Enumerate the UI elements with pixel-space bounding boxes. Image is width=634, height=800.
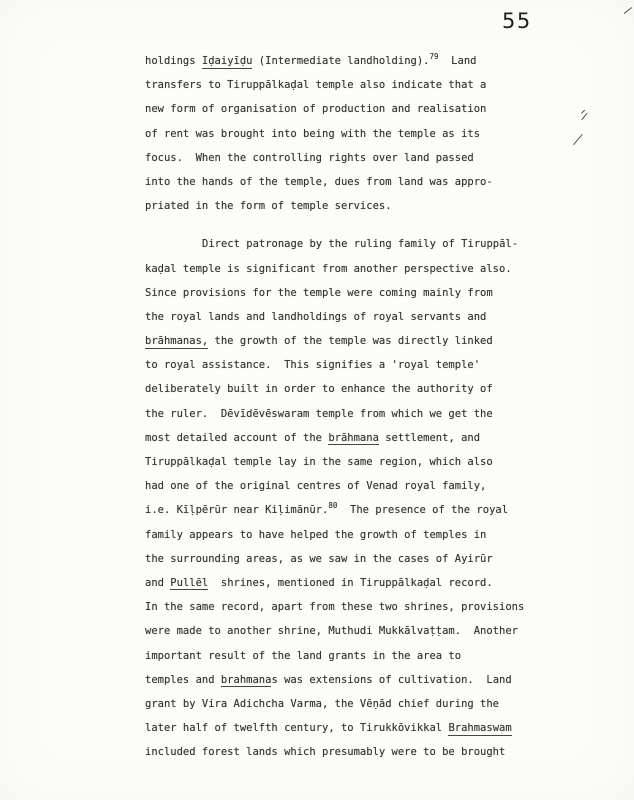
page-number: 55 (502, 9, 532, 33)
underlined-term: Iḍaiyīḍu (202, 55, 253, 69)
text-line: the ruler. Dēvīdēvēswaram temple from wh… (145, 402, 565, 426)
text-line: holdings Iḍaiyīḍu (Intermediate landhold… (145, 49, 565, 73)
text-segment: to royal assistance. This signifies a 'r… (145, 359, 480, 371)
text-line: deliberately built in order to enhance t… (145, 377, 565, 401)
text-line: temples and brahmanas was extensions of … (145, 668, 565, 692)
text-segment: of rent was brought into being with the … (145, 128, 480, 140)
text-segment: were made to another shrine, Muthudi Muk… (145, 625, 518, 637)
text-segment: the growth of the temple was directly li… (208, 335, 492, 347)
text-segment: deliberately built in order to enhance t… (145, 383, 493, 395)
text-segment: grant by Vira Adichcha Varma, the Vēṇād … (145, 698, 499, 710)
text-line: transfers to Tiruppālkaḍal temple also i… (145, 73, 565, 97)
text-line: focus. When the controlling rights over … (145, 146, 565, 170)
text-segment: Tiruppālkaḍal temple lay in the same reg… (145, 456, 493, 468)
text-segment: most detailed account of the (145, 432, 328, 444)
text-segment: priated in the form of temple services. (145, 200, 392, 212)
text-line: the surrounding areas, as we saw in the … (145, 547, 565, 571)
text-segment: transfers to Tiruppālkaḍal temple also i… (145, 79, 486, 91)
text-line: i.e. Kīḷpērūr near Kiḷimānūr.80 The pres… (145, 498, 565, 522)
text-line: priated in the form of temple services. (145, 194, 565, 218)
text-line: family appears to have helped the growth… (145, 523, 565, 547)
paragraph-1: holdings Iḍaiyīḍu (Intermediate landhold… (145, 49, 565, 218)
text-segment: Since provisions for the temple were com… (145, 287, 493, 299)
text-line: grant by Vira Adichcha Varma, the Vēṇād … (145, 692, 565, 716)
text-line: Direct patronage by the ruling family of… (145, 232, 565, 256)
text-segment: and (145, 577, 170, 589)
text-line: kaḍal temple is significant from another… (145, 257, 565, 281)
stray-ink-slash-lower (573, 134, 583, 146)
text-line: to royal assistance. This signifies a 'r… (145, 353, 565, 377)
text-segment: s was extensions of cultivation. Land (271, 674, 511, 686)
text-line: included forest lands which presumably w… (145, 740, 565, 764)
text-line: and Pullēl shrines, mentioned in Tiruppā… (145, 571, 565, 595)
text-line: important result of the land grants in t… (145, 644, 565, 668)
text-segment: shrines, mentioned in Tiruppālkaḍal reco… (208, 577, 492, 589)
text-segment: In the same record, apart from these two… (145, 601, 524, 613)
text-segment: (Intermediate landholding). (252, 55, 429, 67)
text-line: Tiruppālkaḍal temple lay in the same reg… (145, 450, 565, 474)
scanned-document-page: 55 holdings Iḍaiyīḍu (Intermediate landh… (0, 0, 634, 800)
text-segment: Direct patronage by the ruling family of… (202, 238, 518, 250)
text-segment: had one of the original centres of Venad… (145, 480, 486, 492)
footnote-reference: 80 (328, 501, 337, 510)
text-line: had one of the original centres of Venad… (145, 474, 565, 498)
text-line: the royal lands and landholdings of roya… (145, 305, 565, 329)
text-line: most detailed account of the brāhmana se… (145, 426, 565, 450)
corner-tick-mark (624, 7, 633, 14)
text-segment: the royal lands and landholdings of roya… (145, 311, 486, 323)
text-segment: settlement, and (379, 432, 480, 444)
text-line: In the same record, apart from these two… (145, 595, 565, 619)
text-segment: the ruler. Dēvīdēvēswaram temple from wh… (145, 408, 493, 420)
text-segment: new form of organisation of production a… (145, 103, 486, 115)
paragraph-2: Direct patronage by the ruling family of… (145, 232, 565, 764)
underlined-term: Brahmaswam (448, 722, 511, 736)
text-segment: later half of twelfth century, to Tirukk… (145, 722, 448, 734)
text-line: new form of organisation of production a… (145, 97, 565, 121)
underlined-term: brāhmanas, (145, 335, 208, 349)
text-line: of rent was brought into being with the … (145, 122, 565, 146)
text-segment: included forest lands which presumably w… (145, 746, 505, 758)
underlined-term: brāhmana (328, 432, 379, 446)
body-text: holdings Iḍaiyīḍu (Intermediate landhold… (145, 49, 565, 764)
text-line: Since provisions for the temple were com… (145, 281, 565, 305)
text-segment: i.e. Kīḷpērūr near Kiḷimānūr. (145, 504, 328, 516)
text-segment: temples and (145, 674, 221, 686)
underlined-term: brahmana (221, 674, 272, 688)
text-line: were made to another shrine, Muthudi Muk… (145, 619, 565, 643)
stray-ink-tick-upper (581, 113, 588, 121)
text-line: brāhmanas, the growth of the temple was … (145, 329, 565, 353)
text-line: later half of twelfth century, to Tirukk… (145, 716, 565, 740)
text-segment: Land (439, 55, 477, 67)
underlined-term: Pullēl (170, 577, 208, 591)
footnote-reference: 79 (430, 52, 439, 61)
text-segment: The presence of the royal (337, 504, 508, 516)
text-segment: important result of the land grants in t… (145, 650, 461, 662)
text-line: into the hands of the temple, dues from … (145, 170, 565, 194)
text-segment: into the hands of the temple, dues from … (145, 176, 493, 188)
text-segment: the surrounding areas, as we saw in the … (145, 553, 493, 565)
text-segment: family appears to have helped the growth… (145, 529, 486, 541)
text-segment: kaḍal temple is significant from another… (145, 263, 512, 275)
text-segment: focus. When the controlling rights over … (145, 152, 474, 164)
text-segment: holdings (145, 55, 202, 67)
